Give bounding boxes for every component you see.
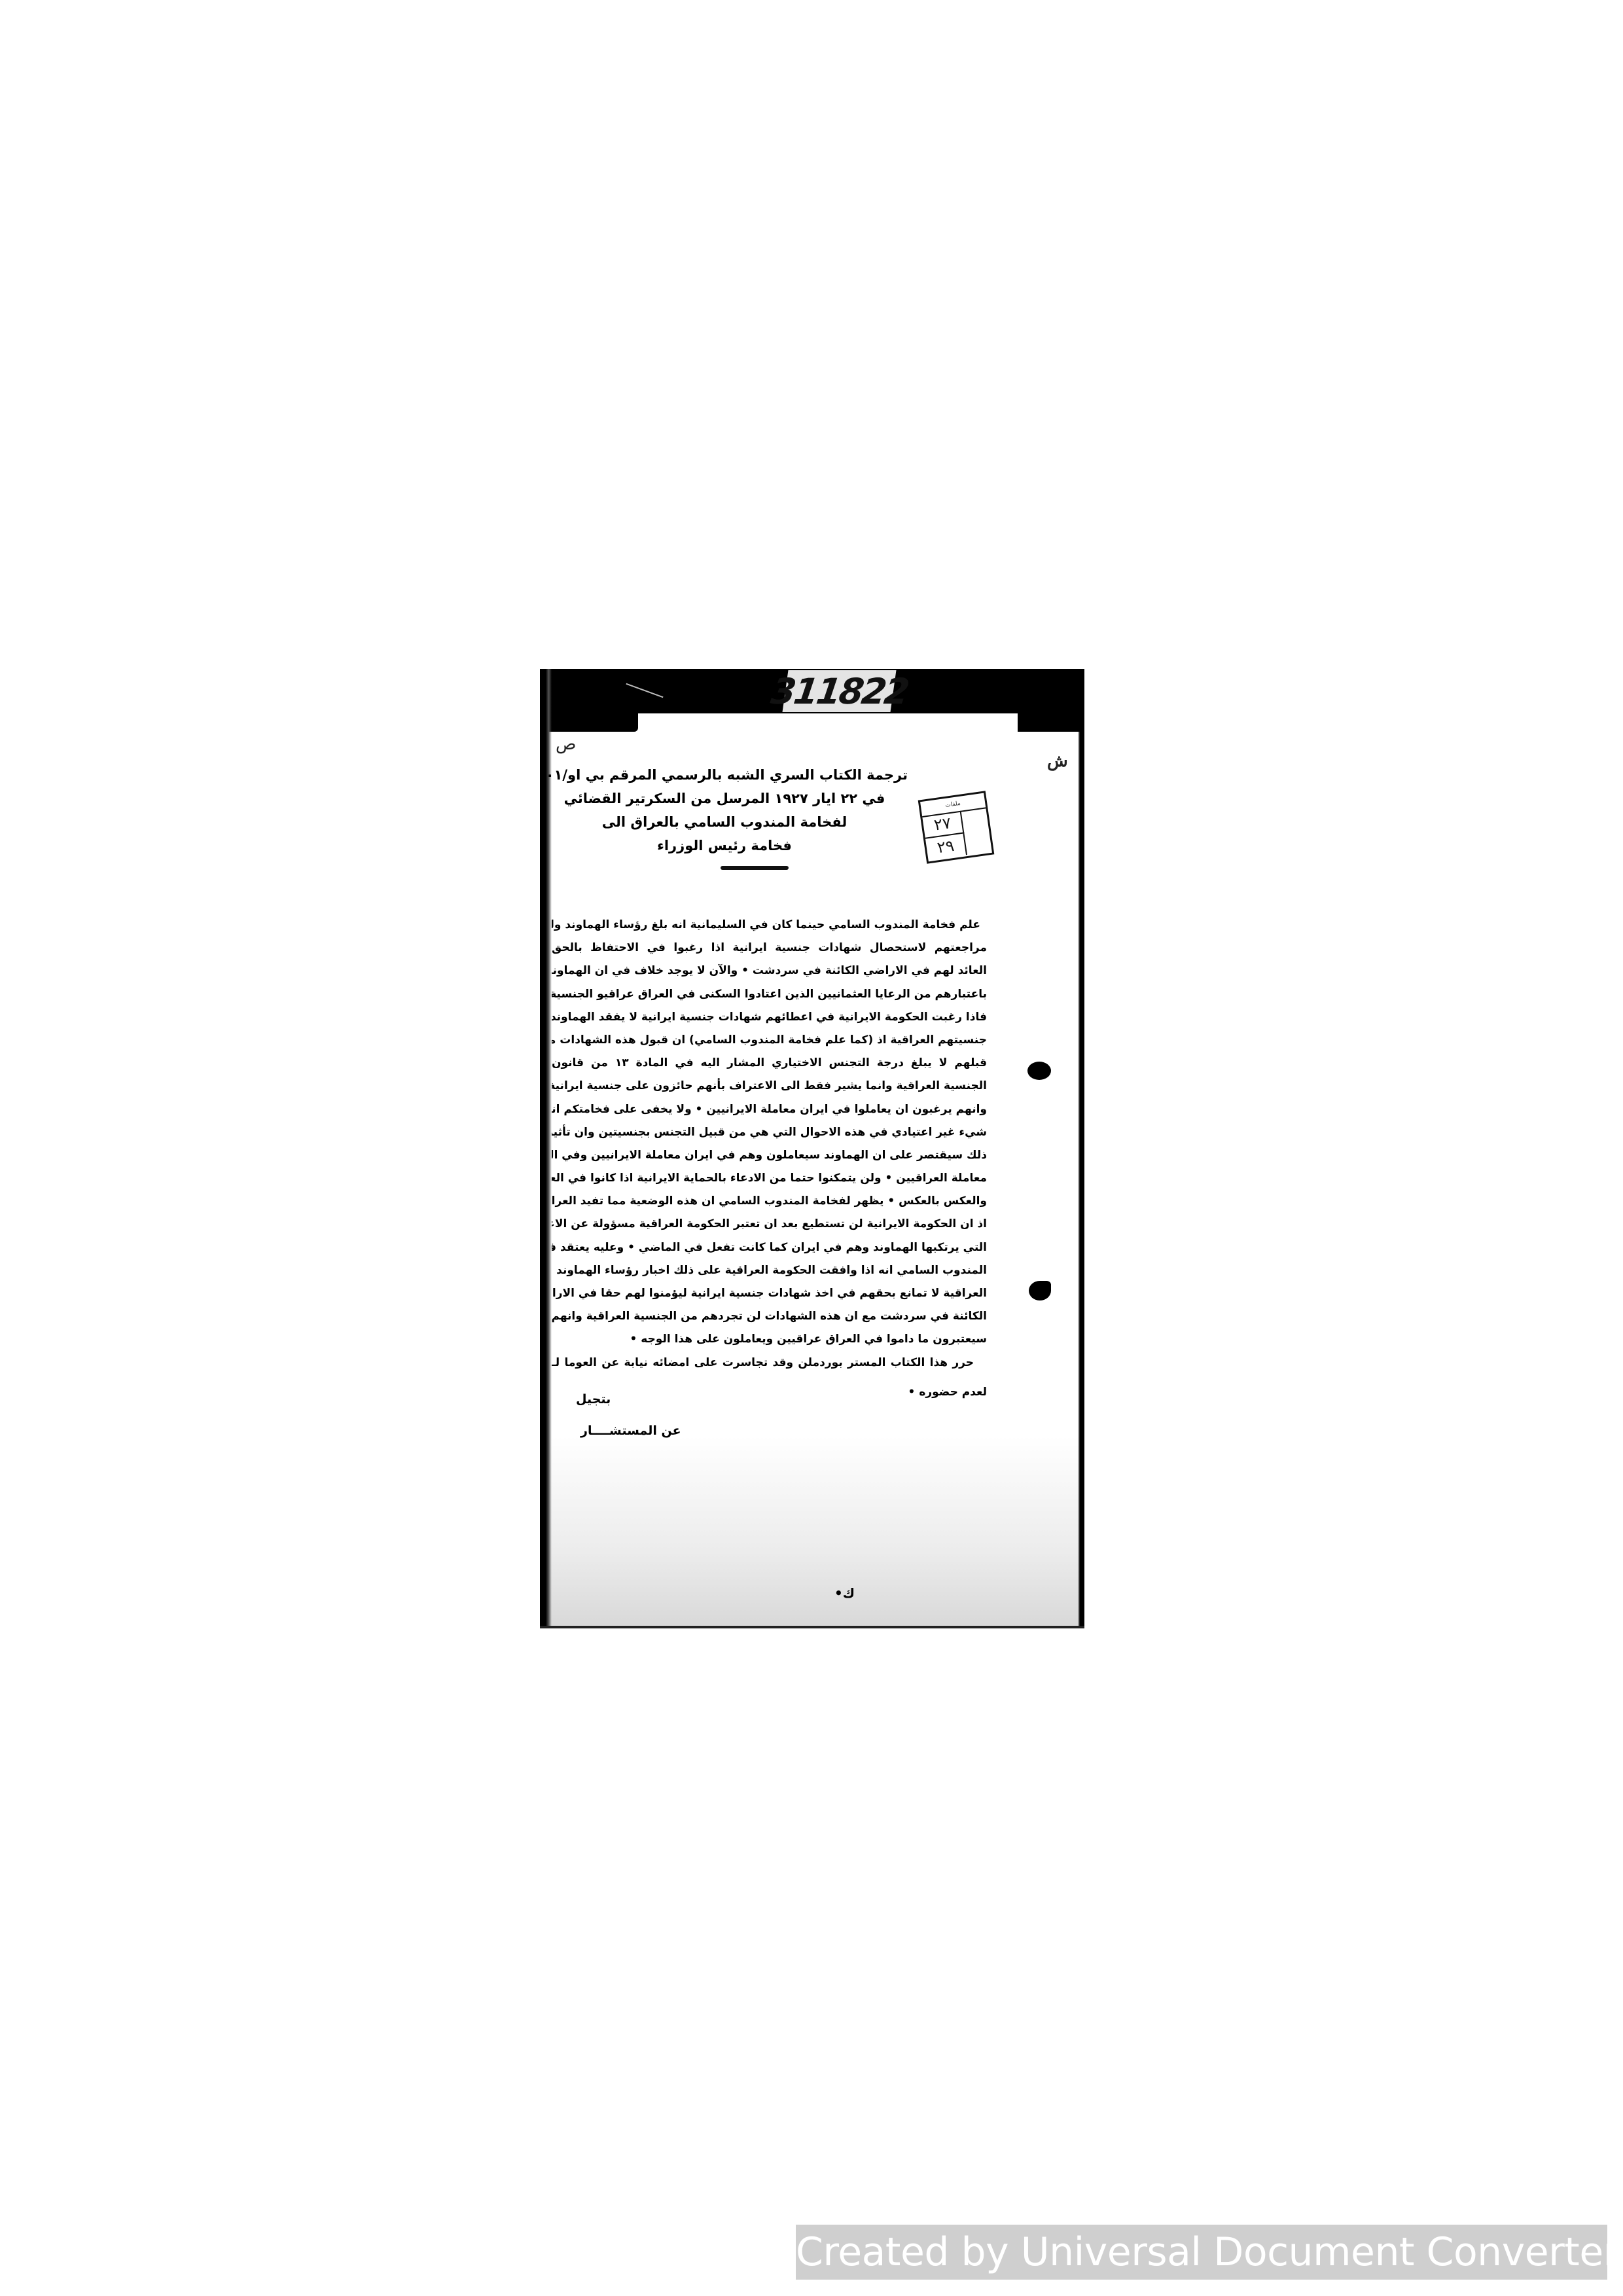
body-line: العائد لهم في الاراضي الكائنة في سردشت •… [552,960,987,982]
body-line: اذ ان الحكومة الايرانية لن تستطيع بعد ان… [552,1213,987,1236]
margin-mark-top-left: ص [556,734,576,754]
body-line: الكائنة في سردشت مع ان هذه الشهادات لن ت… [552,1305,987,1328]
body-line: علم فخامة المندوب السامي حينما كان في ال… [552,914,987,937]
body-line: فاذا رغبت الحكومة الايرانية في اعطائهم ش… [552,1006,987,1029]
watermark-banner: Created by Universal Document Converter [796,2225,1607,2280]
scan-header-right-block [1018,669,1084,732]
signature-line-2: عن المستشــــار [580,1424,681,1438]
body-line: قبلهم لا يبلغ درجة التجنس الاختياري المش… [552,1052,987,1075]
body-line: شيء غير اعتيادي في هذه الاحوال التي هي م… [552,1121,987,1144]
scanned-document-page: 311822 ص ش ترجمة الكتاب السري الشبه بالر… [540,669,1084,1628]
punch-hole-lower [1029,1281,1051,1300]
registry-stamp: ملفات ٢٧ ٢٩ [918,791,995,864]
title-line-3: لفخامة المندوب السامي بالعراق الى [541,814,908,830]
scan-left-edge [540,669,552,1628]
title-line-1: ترجمة الكتاب السري الشبه بالرسمي المرقم … [541,767,908,783]
body-line: لعدم حضوره • [552,1381,987,1404]
body-line: حرر هذا الكتاب المستر بوردملن وقد تجاسرت… [552,1352,987,1374]
title-underline [721,866,789,870]
margin-mark-top-right: ش [1047,751,1068,771]
body-line: الجنسية العراقية وانما يشير فقط الى الاع… [552,1075,987,1098]
footer-mark: ك• [834,1585,855,1601]
body-line: ذلك سيقتصر على ان الهماوند سيعاملون وهم … [552,1144,987,1167]
body-line: المندوب السامي انه اذا وافقت الحكومة الع… [552,1259,987,1282]
file-number-label: 311822 [783,670,897,712]
title-line-4: فخامة رئيس الوزراء [541,838,908,853]
body-line: مراجعتهم لاستحصال شهادات جنسية ايرانية ا… [552,937,987,960]
body-line: سيعتبرون ما داموا في العراق عراقيين ويعا… [552,1328,987,1351]
scan-header-left-block [540,669,638,732]
scan-right-edge [1078,669,1084,1628]
body-line: والعكس بالعكس • يظهر لفخامة المندوب السا… [552,1190,987,1213]
stamp-number-2: ٢٩ [925,833,967,860]
body-line: معاملة العراقيين • ولن يتمكنوا حتما من ا… [552,1167,987,1190]
letter-body: علم فخامة المندوب السامي حينما كان في ال… [552,914,987,1404]
body-line: جنسيتهم العراقية اذ (كما علم فخامة المند… [552,1029,987,1052]
body-line: العراقية لا تمانع بحقهم في اخذ شهادات جن… [552,1282,987,1305]
signature-line-1: بتجيل [576,1392,611,1407]
body-line: باعتبارهم من الرعايا العثمانيين الذين اع… [552,983,987,1006]
punch-hole-upper [1027,1062,1051,1080]
title-line-2: في ٢٢ ايار ١٩٢٧ المرسل من السكرتير القضا… [541,791,908,806]
body-line: وانهم يرغبون ان يعاملوا في ايران معاملة … [552,1098,987,1121]
scan-bottom-edge [540,1626,1084,1628]
body-line: التي يرتكبها الهماوند وهم في ايران كما ك… [552,1236,987,1259]
